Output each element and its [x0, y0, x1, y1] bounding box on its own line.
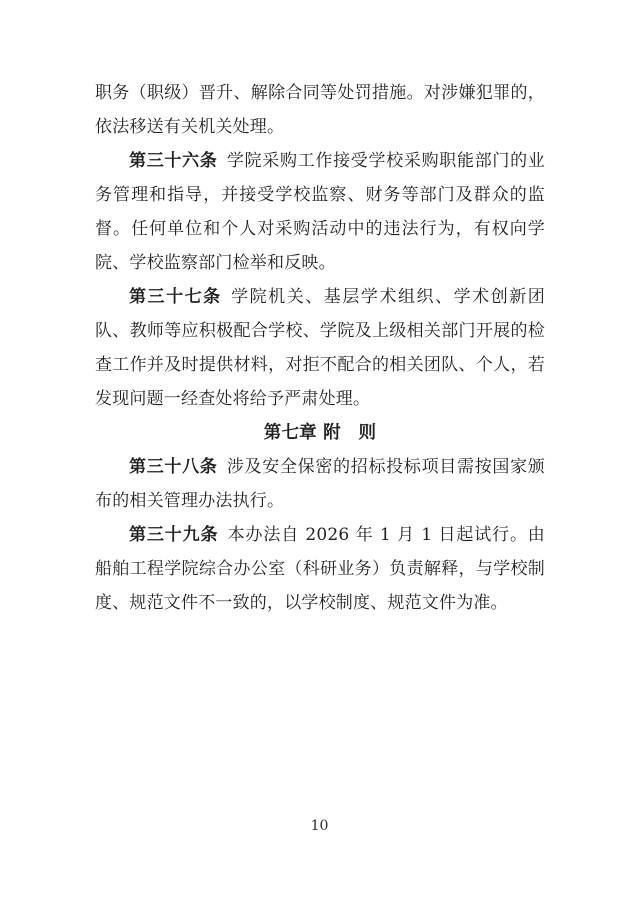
article-36-label: 第三十六条 — [129, 151, 218, 171]
paragraph-article-38: 第三十八条涉及安全保密的招标投标项目需按国家颁布的相关管理办法执行。 — [95, 450, 545, 518]
article-37-label: 第三十七条 — [129, 287, 222, 307]
paragraph-article-37: 第三十七条学院机关、基层学术组织、学术创新团队、教师等应积极配合学校、学院及上级… — [95, 280, 545, 416]
article-39-label: 第三十九条 — [129, 525, 218, 545]
chapter-7-heading: 第七章 附 则 — [95, 416, 545, 450]
document-content: 职务（职级）晋升、解除合同等处罚措施。对涉嫌犯罪的，依法移送有关机关处理。 第三… — [95, 76, 545, 620]
page-number: 10 — [0, 816, 639, 836]
document-page: 职务（职级）晋升、解除合同等处罚措施。对涉嫌犯罪的，依法移送有关机关处理。 第三… — [0, 0, 639, 904]
paragraph-article-39: 第三十九条本办法自 2026 年 1 月 1 日起试行。由船舶工程学院综合办公室… — [95, 518, 545, 620]
paragraph-article-36: 第三十六条学院采购工作接受学校采购职能部门的业务管理和指导，并接受学校监察、财务… — [95, 144, 545, 280]
paragraph-continued: 职务（职级）晋升、解除合同等处罚措施。对涉嫌犯罪的，依法移送有关机关处理。 — [95, 76, 545, 144]
paragraph-text: 职务（职级）晋升、解除合同等处罚措施。对涉嫌犯罪的，依法移送有关机关处理。 — [95, 83, 545, 137]
article-38-label: 第三十八条 — [129, 457, 218, 477]
